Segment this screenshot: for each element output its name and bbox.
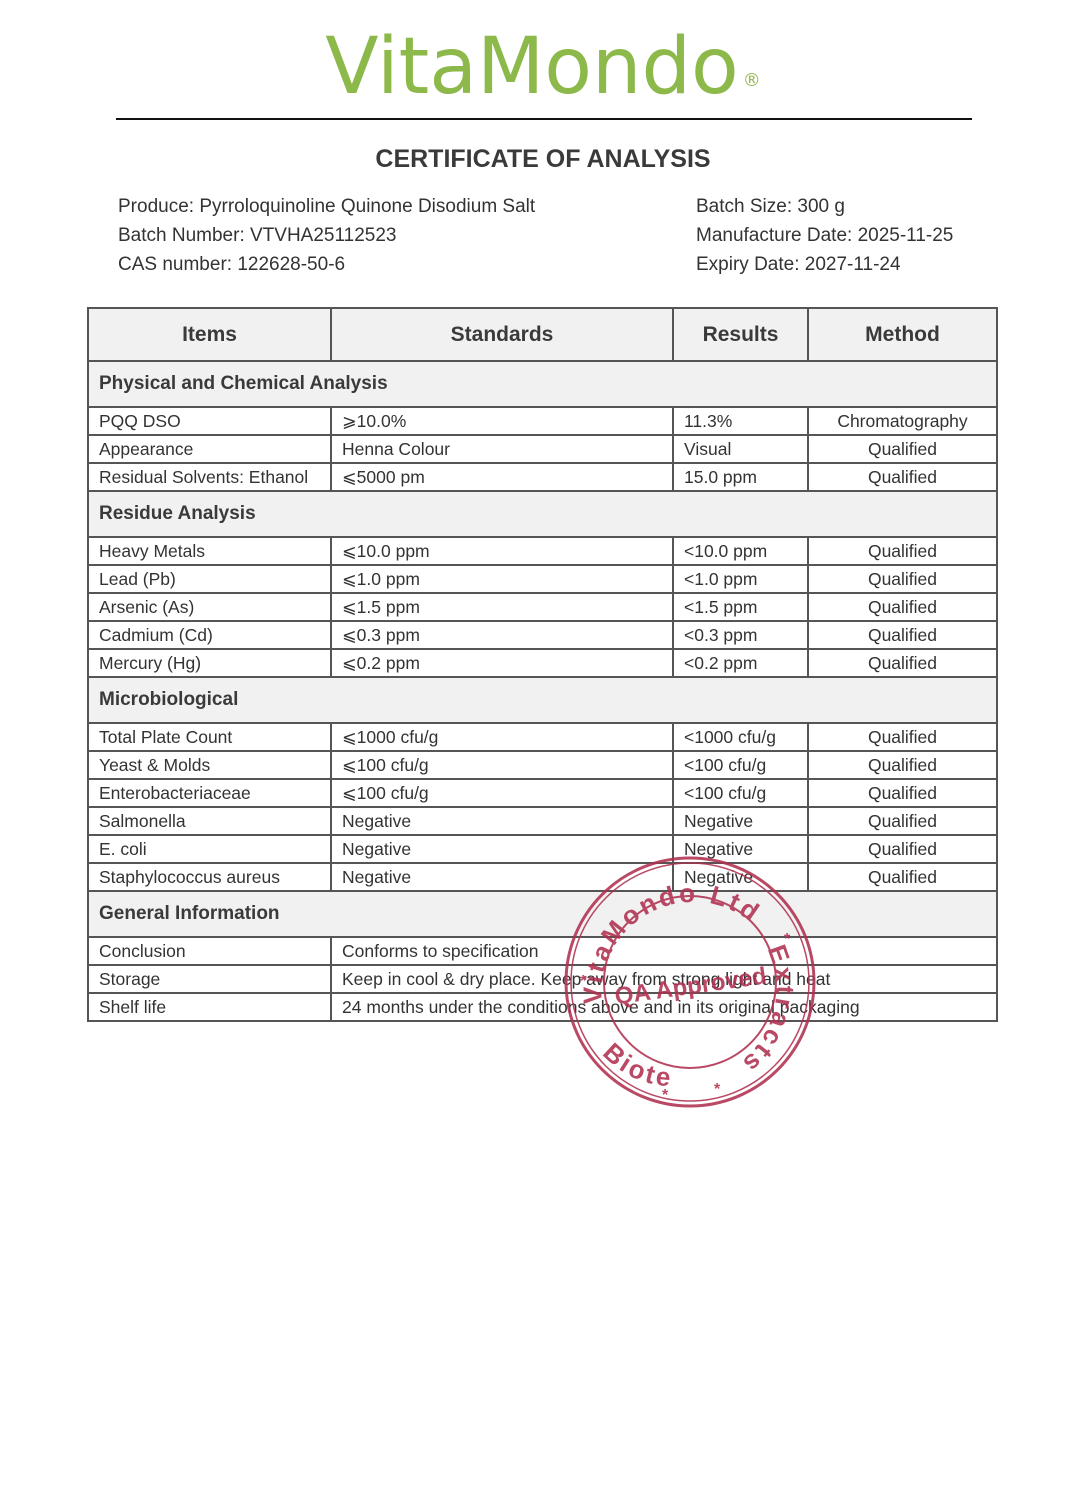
expiry-date: Expiry Date: 2027-11-24 [696, 250, 953, 279]
header-standards: Standards [331, 308, 673, 361]
result-cell: <100 cfu/g [673, 751, 808, 779]
standard-cell: Henna Colour [331, 435, 673, 463]
table-row: Staphylococcus aureusNegativeNegativeQua… [88, 863, 997, 891]
table-header-row: Items Standards Results Method [88, 308, 997, 361]
product-info-left: Produce: Pyrroloquinoline Quinone Disodi… [118, 192, 535, 279]
result-cell: <0.3 ppm [673, 621, 808, 649]
method-cell: Qualified [808, 807, 997, 835]
method-cell: Qualified [808, 863, 997, 891]
method-cell: Qualified [808, 621, 997, 649]
analysis-table: Items Standards Results Method Physical … [87, 307, 998, 1022]
result-cell: <1000 cfu/g [673, 723, 808, 751]
document-title: CERTIFICATE OF ANALYSIS [0, 145, 1086, 174]
standard-cell: ⩽1000 cfu/g [331, 723, 673, 751]
item-cell: Arsenic (As) [88, 593, 331, 621]
header-divider [116, 118, 972, 120]
section-row: General Information [88, 891, 997, 937]
header-items: Items [88, 308, 331, 361]
item-cell: Residual Solvents: Ethanol [88, 463, 331, 491]
registered-mark: ® [743, 70, 761, 91]
table-row: SalmonellaNegativeNegativeQualified [88, 807, 997, 835]
method-cell: Qualified [808, 779, 997, 807]
table-row: E. coliNegativeNegativeQualified [88, 835, 997, 863]
standard-cell: ⩾10.0% [331, 407, 673, 435]
cas-number: CAS number: 122628-50-6 [118, 250, 535, 279]
standard-cell: Negative [331, 835, 673, 863]
table-row: Yeast & Molds⩽100 cfu/g<100 cfu/gQualifi… [88, 751, 997, 779]
method-cell: Qualified [808, 723, 997, 751]
method-cell: Qualified [808, 435, 997, 463]
result-cell: <10.0 ppm [673, 537, 808, 565]
table-row: AppearanceHenna ColourVisualQualified [88, 435, 997, 463]
item-cell: Appearance [88, 435, 331, 463]
brand-name: VitaMondo [325, 22, 738, 112]
result-cell: Negative [673, 835, 808, 863]
table-row: StorageKeep in cool & dry place. Keep aw… [88, 965, 997, 993]
info-value: Keep in cool & dry place. Keep away from… [331, 965, 997, 993]
item-cell: Heavy Metals [88, 537, 331, 565]
table-row: Residual Solvents: Ethanol⩽5000 pm15.0 p… [88, 463, 997, 491]
method-cell: Chromatography [808, 407, 997, 435]
table-row: Arsenic (As)⩽1.5 ppm<1.5 ppmQualified [88, 593, 997, 621]
table-row: Total Plate Count⩽1000 cfu/g<1000 cfu/gQ… [88, 723, 997, 751]
item-cell: Staphylococcus aureus [88, 863, 331, 891]
result-cell: <100 cfu/g [673, 779, 808, 807]
info-value: 24 months under the conditions above and… [331, 993, 997, 1021]
item-cell: Cadmium (Cd) [88, 621, 331, 649]
result-cell: Negative [673, 807, 808, 835]
section-row: Residue Analysis [88, 491, 997, 537]
section-title: Microbiological [88, 677, 997, 723]
standard-cell: ⩽1.0 ppm [331, 565, 673, 593]
item-cell: Mercury (Hg) [88, 649, 331, 677]
item-cell: Enterobacteriaceae [88, 779, 331, 807]
section-title: General Information [88, 891, 997, 937]
result-cell: <0.2 ppm [673, 649, 808, 677]
brand-logo: VitaMondo® [0, 22, 1086, 112]
standard-cell: ⩽5000 pm [331, 463, 673, 491]
method-cell: Qualified [808, 537, 997, 565]
section-title: Residue Analysis [88, 491, 997, 537]
info-label: Shelf life [88, 993, 331, 1021]
result-cell: 15.0 ppm [673, 463, 808, 491]
method-cell: Qualified [808, 593, 997, 621]
standard-cell: ⩽100 cfu/g [331, 751, 673, 779]
batch-number: Batch Number: VTVHA25112523 [118, 221, 535, 250]
method-cell: Qualified [808, 751, 997, 779]
table-row: Cadmium (Cd)⩽0.3 ppm<0.3 ppmQualified [88, 621, 997, 649]
info-label: Storage [88, 965, 331, 993]
item-cell: Lead (Pb) [88, 565, 331, 593]
table-row: Shelf life24 months under the conditions… [88, 993, 997, 1021]
result-cell: <1.5 ppm [673, 593, 808, 621]
header-results: Results [673, 308, 808, 361]
table-row: Heavy Metals⩽10.0 ppm<10.0 ppmQualified [88, 537, 997, 565]
standard-cell: Negative [331, 863, 673, 891]
stamp-star-icon: * [662, 1087, 669, 1104]
standard-cell: ⩽0.2 ppm [331, 649, 673, 677]
item-cell: Total Plate Count [88, 723, 331, 751]
table-row: Lead (Pb)⩽1.0 ppm<1.0 ppmQualified [88, 565, 997, 593]
result-cell: Visual [673, 435, 808, 463]
method-cell: Qualified [808, 463, 997, 491]
item-cell: Salmonella [88, 807, 331, 835]
standard-cell: ⩽100 cfu/g [331, 779, 673, 807]
table-row: PQQ DSO⩾10.0%11.3%Chromatography [88, 407, 997, 435]
table-row: Mercury (Hg)⩽0.2 ppm<0.2 ppmQualified [88, 649, 997, 677]
batch-size: Batch Size: 300 g [696, 192, 953, 221]
item-cell: Yeast & Molds [88, 751, 331, 779]
info-label: Conclusion [88, 937, 331, 965]
method-cell: Qualified [808, 649, 997, 677]
method-cell: Qualified [808, 565, 997, 593]
manufacture-date: Manufacture Date: 2025-11-25 [696, 221, 953, 250]
item-cell: PQQ DSO [88, 407, 331, 435]
standard-cell: ⩽0.3 ppm [331, 621, 673, 649]
standard-cell: Negative [331, 807, 673, 835]
table-row: Enterobacteriaceae⩽100 cfu/g<100 cfu/gQu… [88, 779, 997, 807]
item-cell: E. coli [88, 835, 331, 863]
product-info-right: Batch Size: 300 g Manufacture Date: 2025… [696, 192, 953, 279]
product-name: Produce: Pyrroloquinoline Quinone Disodi… [118, 192, 535, 221]
method-cell: Qualified [808, 835, 997, 863]
section-row: Microbiological [88, 677, 997, 723]
result-cell: <1.0 ppm [673, 565, 808, 593]
table-row: ConclusionConforms to specification [88, 937, 997, 965]
stamp-star-icon: * [714, 1081, 721, 1098]
header-method: Method [808, 308, 997, 361]
standard-cell: ⩽10.0 ppm [331, 537, 673, 565]
result-cell: 11.3% [673, 407, 808, 435]
standard-cell: ⩽1.5 ppm [331, 593, 673, 621]
section-title: Physical and Chemical Analysis [88, 361, 997, 407]
section-row: Physical and Chemical Analysis [88, 361, 997, 407]
info-value: Conforms to specification [331, 937, 997, 965]
result-cell: Negative [673, 863, 808, 891]
